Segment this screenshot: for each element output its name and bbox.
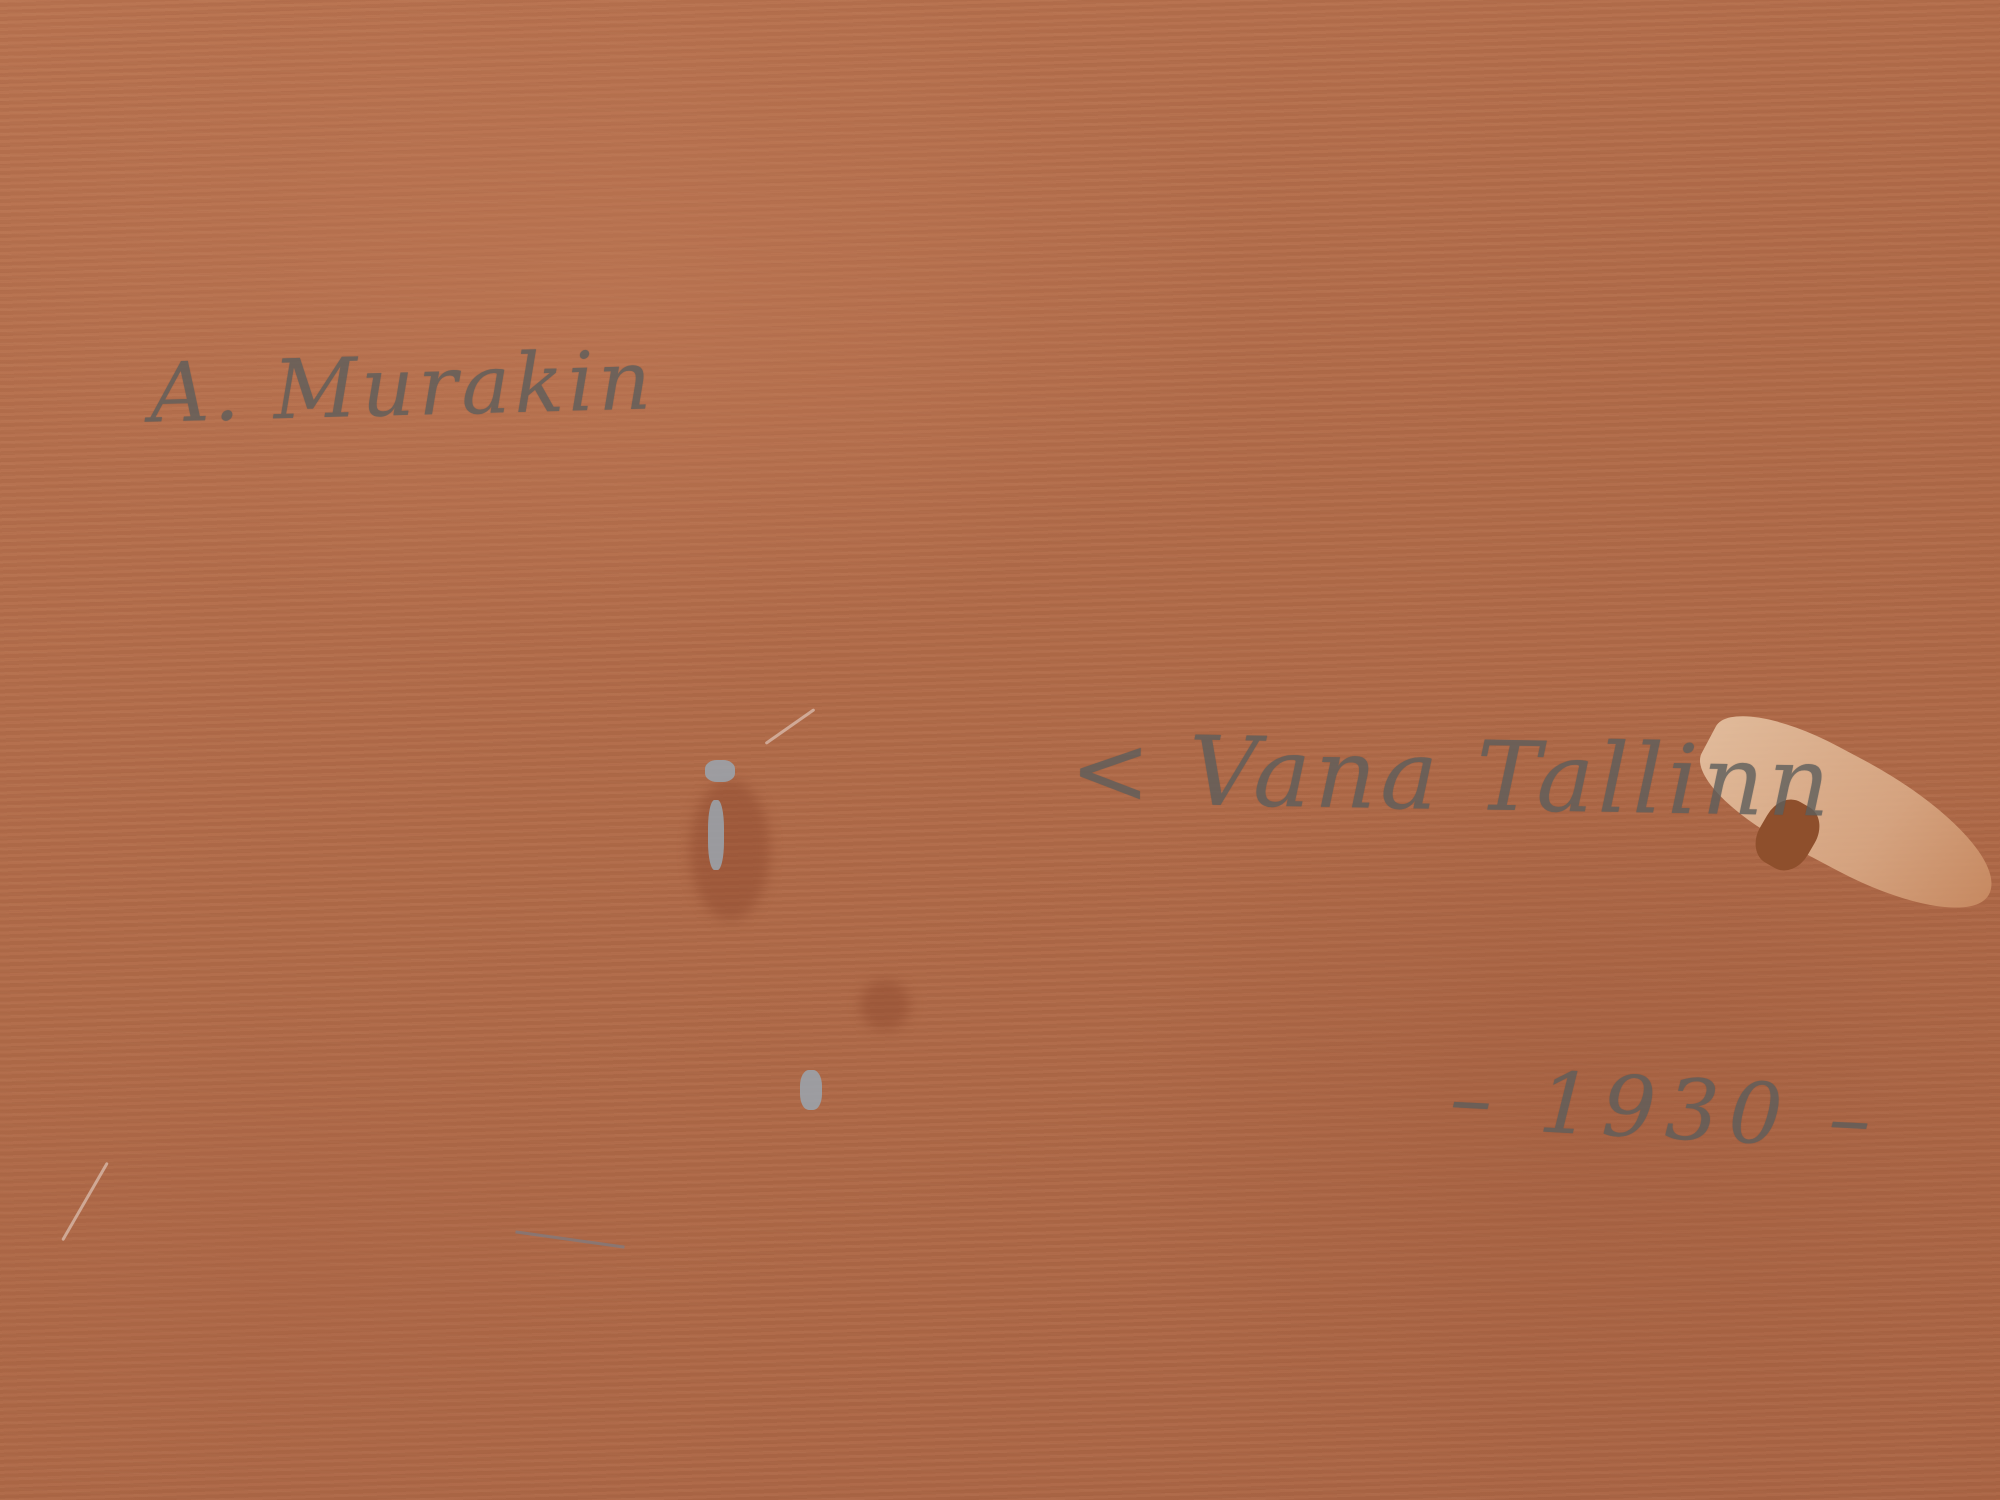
painting-board-reverse: A. Murakin < Vana Tallinn – 1930 – <box>0 0 2000 1500</box>
artist-signature: A. Murakin <box>149 333 656 441</box>
stain-spot <box>860 980 910 1030</box>
water-stain <box>690 780 770 920</box>
paint-spot <box>800 1070 822 1110</box>
paint-drip <box>708 800 724 870</box>
title-inscription: < Vana Tallinn <box>1069 713 1835 838</box>
paint-spot <box>705 760 735 782</box>
